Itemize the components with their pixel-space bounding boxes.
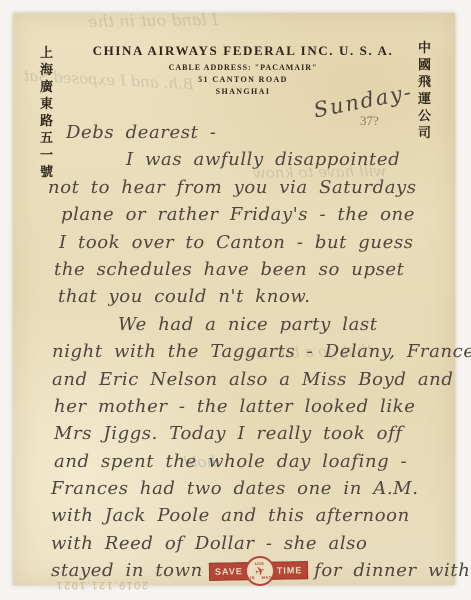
stamp-time-label: TIME: [270, 561, 308, 580]
letter-line: the schedules have been so upset: [26, 256, 471, 283]
cable-address: CABLE ADDRESS: "PACAMAIR": [13, 63, 471, 72]
letter-line-text: for dinner with: [314, 557, 470, 584]
company-name: CHINA AIRWAYS FEDERAL INC. U. S. A.: [13, 43, 471, 59]
accession-number: 2019.121.1021: [55, 579, 148, 591]
letter-line: night with the Taggarts - Delany, France…: [26, 338, 471, 365]
letter-line: Debs dearest -: [26, 119, 471, 146]
letter-line: and spent the whole day loafing -: [26, 448, 471, 475]
letter-line: We had a nice party last: [26, 311, 471, 338]
letter-line: not to hear from you via Saturdays: [26, 174, 471, 201]
stamp-save-label: SAVE: [209, 562, 249, 581]
letter-line: that you could n't know.: [26, 283, 471, 310]
letter-line: Frances had two dates one in A.M.: [26, 475, 471, 502]
letter-body: Debs dearest - I was awfully disappointe…: [26, 119, 471, 585]
letter-line: Mrs Jiggs. Today I really took off: [26, 420, 471, 447]
letter-paper: I land out in the B.h. and I exposed Sat…: [13, 13, 455, 585]
letter-line: with Reed of Dollar - she also: [26, 530, 471, 557]
letter-line: her mother - the latter looked like: [26, 393, 471, 420]
letter-line: with Jack Poole and this afternoon: [26, 502, 471, 529]
stamp-circle: USE ✈ AIR MAIL: [244, 556, 275, 587]
letter-line: plane or rather Friday's - the one: [26, 201, 471, 228]
letter-line: I was awfully disappointed: [26, 146, 471, 173]
ghost-text: I land out in the: [88, 10, 218, 31]
letter-line: and Eric Nelson also a Miss Boyd and: [26, 366, 471, 393]
scanned-letter: I land out in the B.h. and I exposed Sat…: [0, 0, 471, 600]
save-time-air-mail-stamp: SAVE USE ✈ AIR MAIL TIME: [209, 555, 309, 587]
letter-line: I took over to Canton - but guess: [26, 229, 471, 256]
